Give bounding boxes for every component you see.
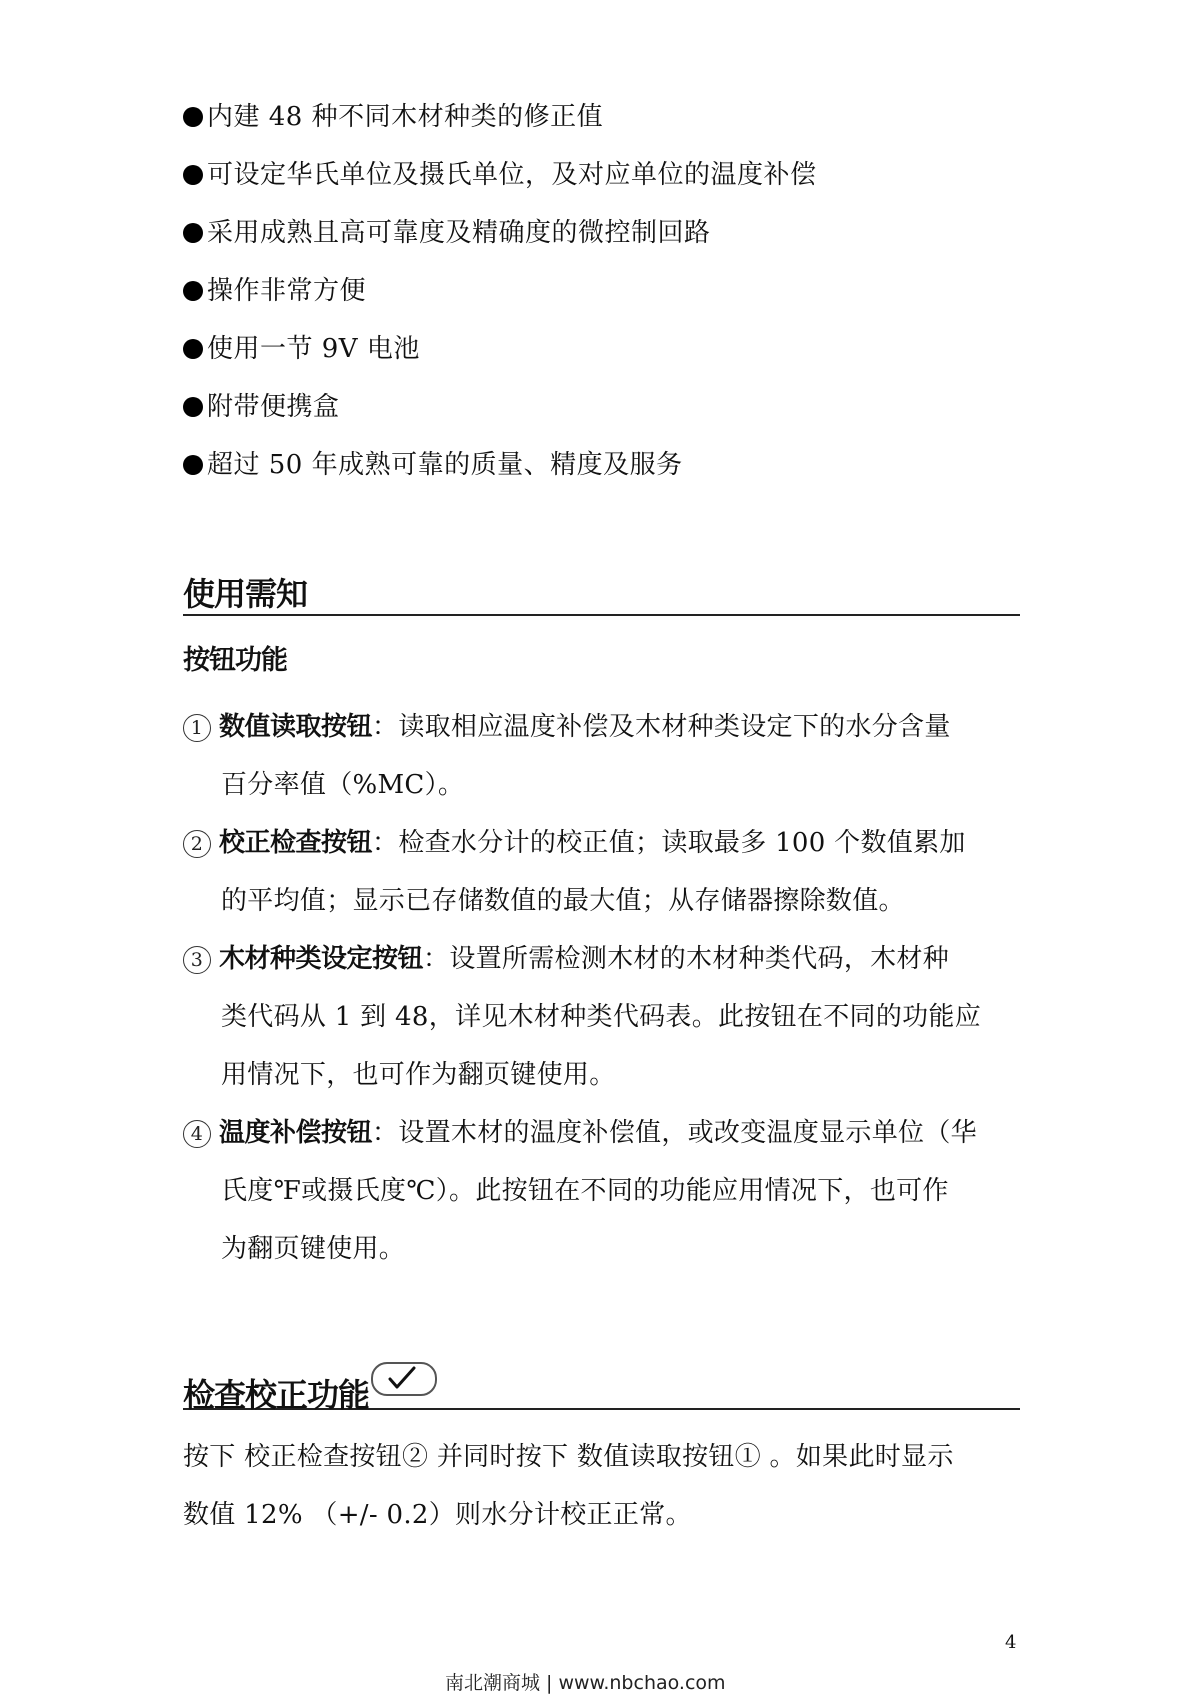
bullet-icon [183,223,203,243]
button-label: 校正检查按钮 [219,828,372,858]
bullet-icon [183,455,203,475]
button-label: 木材种类设定按钮 [219,944,423,974]
button-desc-3-cont: 用情况下，也可作为翻页键使用。 [221,1058,616,1092]
section-heading-calibration: 检查校正功能 [183,1362,1020,1410]
checkmark-icon [371,1362,437,1396]
button-desc-4-cont: 为翻页键使用。 [221,1232,405,1266]
button-desc-4: 4温度补偿按钮：设置木材的温度补偿值，或改变温度显示单位（华 [183,1116,977,1150]
button-desc-2-cont: 的平均值；显示已存储数值的最大值；从存储器擦除数值。 [221,884,905,918]
feature-text: 内建 48 种不同木材种类的修正值 [207,102,603,132]
desc-text: ：设置木材的温度补偿值，或改变温度显示单位（华 [372,1118,977,1148]
bullet-icon [183,281,203,301]
desc-text: ：读取相应温度补偿及木材种类设定下的水分含量 [372,712,951,742]
circled-number: 2 [183,830,211,858]
heading-text: 使用需知 [183,575,307,613]
feature-item: 可设定华氏单位及摄氏单位，及对应单位的温度补偿 [183,158,817,192]
bullet-icon [183,397,203,417]
button-desc-3: 3木材种类设定按钮：设置所需检测木材的木材种类代码，木材种 [183,942,949,976]
button-label: 温度补偿按钮 [219,1118,372,1148]
desc-text: ：检查水分计的校正值；读取最多 100 个数值累加 [372,828,966,858]
feature-item: 附带便携盒 [183,390,340,424]
calibration-text: 按下 校正检查按钮② 并同时按下 数值读取按钮① 。如果此时显示 [183,1440,954,1474]
circled-number: 3 [183,946,211,974]
button-desc-2: 2校正检查按钮：检查水分计的校正值；读取最多 100 个数值累加 [183,826,966,860]
button-desc-1: 1数值读取按钮：读取相应温度补偿及木材种类设定下的水分含量 [183,710,951,744]
button-desc-3-cont: 类代码从 1 到 48，详见木材种类代码表。此按钮在不同的功能应 [221,1000,981,1034]
section-heading-usage: 使用需知 [183,574,1020,616]
feature-text: 超过 50 年成熟可靠的质量、精度及服务 [207,450,683,480]
feature-text: 采用成熟且高可靠度及精确度的微控制回路 [207,218,711,248]
footer-watermark: 南北潮商城 | www.nbchao.com [445,1668,726,1695]
circled-number: 4 [183,1120,211,1148]
feature-item: 使用一节 9V 电池 [183,332,420,366]
bullet-icon [183,165,203,185]
feature-item: 超过 50 年成熟可靠的质量、精度及服务 [183,448,683,482]
feature-item: 内建 48 种不同木材种类的修正值 [183,100,603,134]
bullet-icon [183,339,203,359]
calibration-text: 数值 12% （+/- 0.2）则水分计校正正常。 [183,1498,692,1532]
page-number: 4 [1005,1632,1016,1653]
feature-item: 操作非常方便 [183,274,366,308]
bullet-icon [183,107,203,127]
feature-text: 附带便携盒 [207,392,340,422]
desc-text: ：设置所需检测木材的木材种类代码，木材种 [423,944,949,974]
button-desc-4-cont: 氏度℉或摄氏度℃）。此按钮在不同的功能应用情况下，也可作 [221,1174,949,1208]
subheading-button-functions: 按钮功能 [183,644,287,678]
feature-item: 采用成熟且高可靠度及精确度的微控制回路 [183,216,711,250]
feature-text: 操作非常方便 [207,276,366,306]
feature-text: 使用一节 9V 电池 [207,334,420,364]
feature-text: 可设定华氏单位及摄氏单位，及对应单位的温度补偿 [207,160,817,190]
circled-number: 1 [183,714,211,742]
button-label: 数值读取按钮 [219,712,372,742]
button-desc-1-cont: 百分率值（%MC）。 [221,768,464,802]
heading-text: 检查校正功能 [183,1376,369,1414]
